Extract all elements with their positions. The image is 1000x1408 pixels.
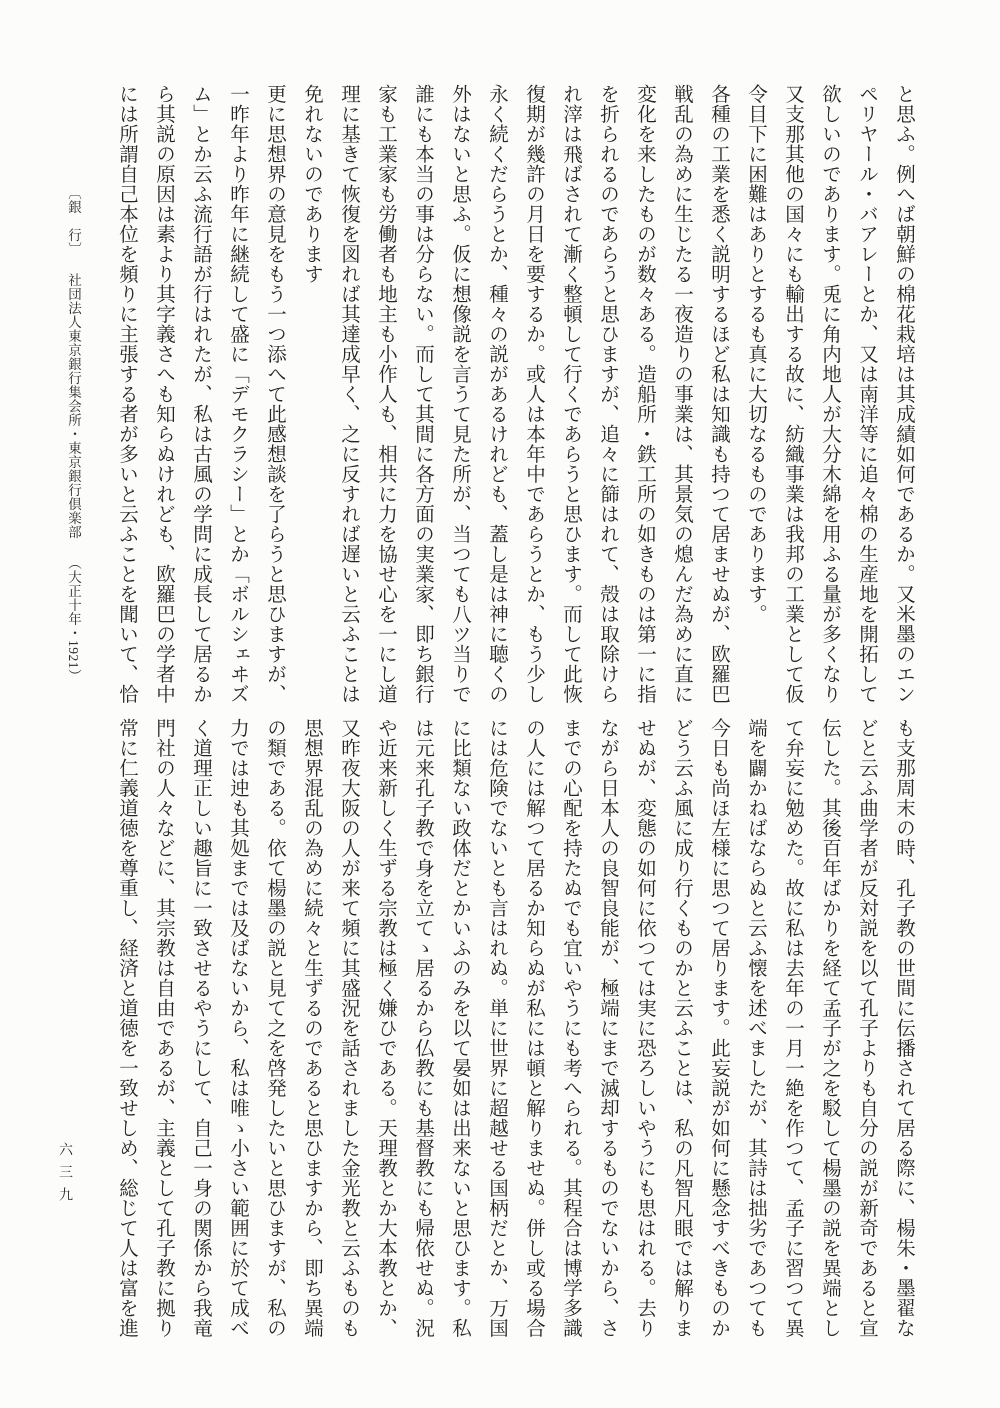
text-column: て弁妄に勉めた。故に私は去年の一月一絶を作つて、孟子に習つて異 bbox=[774, 718, 811, 1340]
book-page: と思ふ。例へば朝鮮の棉花栽培は其成績如何であるか。又米墨のエンペリヤール・バアレ… bbox=[0, 0, 1000, 1408]
text-column: 戦乱の為めに生じたる一夜造りの事業は、其景気の熄んだ為めに直に bbox=[663, 84, 700, 706]
text-column: ペリヤール・バアレーとか、又は南洋等に追々棉の生産地を開拓して bbox=[848, 84, 885, 706]
text-column: 常に仁義道徳を尊重し、経済と道徳を一致せしめ、総じて人は富を進 bbox=[108, 718, 145, 1340]
text-column: 変化を来したものが数々ある。造船所・鉄工所の如きものは第一に指 bbox=[626, 84, 663, 706]
page-number: 六三九 bbox=[54, 1142, 74, 1210]
text-column: 永く続くだらうとか、種々の説があるけれども、蓋し是は神に聴くの bbox=[478, 84, 515, 706]
text-column: 力では迚も其処までは及ばないから、私は唯ゝ小さい範囲に於て成べ bbox=[219, 718, 256, 1340]
text-column: は元来孔子教で身を立てゝ居るから仏教にも基督教にも帰依せぬ。況 bbox=[404, 718, 441, 1340]
text-column: ながら日本人の良智良能が、極端にまで滅却するものでないから、さ bbox=[589, 718, 626, 1340]
text-column: に比類ない政体だとかいふのみを以て晏如は出来ないと思ひます。私 bbox=[441, 718, 478, 1340]
text-block-top: と思ふ。例へば朝鮮の棉花栽培は其成績如何であるか。又米墨のエンペリヤール・バアレ… bbox=[106, 84, 922, 706]
text-column: く道理正しい趣旨に一致させるやうにして、自己一身の関係から我竜 bbox=[182, 718, 219, 1340]
text-column: 家も工業家も労働者も地主も小作人も、相共に力を協せ心を一にし道 bbox=[367, 84, 404, 706]
caption-date: （大正十年・1921） bbox=[66, 556, 81, 683]
text-column: 門社の人々などに、其宗教は自由であるが、主義として孔子教に拠り bbox=[145, 718, 182, 1340]
text-block-bottom: も支那周末の時、孔子教の世間に伝播されて居る際に、楊朱・墨翟などと云ふ曲学者が反… bbox=[106, 718, 922, 1340]
text-column: れ滓は飛ばされて漸く整頓して行くであらうと思ひます。而して此恢 bbox=[552, 84, 589, 706]
text-column: 免れないのであります bbox=[293, 84, 330, 706]
text-column: 令目下に困難はありとするも真に大切なるものであります。 bbox=[737, 84, 774, 706]
text-column: 外はないと思ふ。仮に想像説を言うて見た所が、当つても八ツ当りで bbox=[441, 84, 478, 706]
text-column: と思ふ。例へば朝鮮の棉花栽培は其成績如何であるか。又米墨のエン bbox=[885, 84, 922, 706]
text-column: 欲しいのであります。兎に角内地人が大分木綿を用ふる量が多くなり bbox=[811, 84, 848, 706]
text-column: 又支那其他の国々にも輸出する故に、紡織事業は我邦の工業として仮 bbox=[774, 84, 811, 706]
text-column: や近来新しく生ずる宗教は極く嫌ひである。天理教とか大本教とか、 bbox=[367, 718, 404, 1340]
text-column: 思想界混乱の為めに続々と生ずるのであると思ひますから、即ち異端 bbox=[293, 718, 330, 1340]
text-column: には所謂自己本位を頻りに主張する者が多いと云ふことを聞いて、恰 bbox=[108, 84, 145, 706]
text-column: ら其説の原因は素より其字義さへも知らぬけれども、欧羅巴の学者中 bbox=[145, 84, 182, 706]
text-column: 一昨年より昨年に継続して盛に「デモクラシー」とか「ボルシェヰズ bbox=[219, 84, 256, 706]
text-column: 又昨夜大阪の人が来て頻に其盛況を話されました金光教と云ふものも bbox=[330, 718, 367, 1340]
text-column: 誰にも本当の事は分らない。而して其間に各方面の実業家、即ち銀行 bbox=[404, 84, 441, 706]
text-column: 伝した。其後百年ばかりを経て孟子が之を駁して楊墨の説を異端とし bbox=[811, 718, 848, 1340]
text-column: どと云ふ曲学者が反対説を以て孔子よりも自分の説が新奇であると宣 bbox=[848, 718, 885, 1340]
text-column: ム」とか云ふ流行語が行はれたが、私は古風の学問に成長して居るか bbox=[182, 84, 219, 706]
text-column: 端を闢かねばならぬと云ふ懐を述べましたが、其詩は拙劣であつても bbox=[737, 718, 774, 1340]
text-column: どう云ふ風に成り行くものかと云ふことは、私の凡智凡眼では解りま bbox=[663, 718, 700, 1340]
text-column: 各種の工業を悉く説明するほど私は知識も持つて居ませぬが、欧羅巴 bbox=[700, 84, 737, 706]
text-column: も支那周末の時、孔子教の世間に伝播されて居る際に、楊朱・墨翟な bbox=[885, 718, 922, 1340]
text-column: の人には解つて居るか知らぬが私には頓と解りませぬ。併し或る場合 bbox=[515, 718, 552, 1340]
caption-source-name: 社団法人東京銀行集会所・東京銀行倶楽部 bbox=[66, 273, 81, 539]
text-column: までの心配を持たぬでも宜いやうにも考へられる。其程合は博学多識 bbox=[552, 718, 589, 1340]
source-caption: 〔銀 行〕 社団法人東京銀行集会所・東京銀行倶楽部 （大正十年・1921） bbox=[58, 186, 88, 731]
text-column: 復期が幾許の月日を要するか。或人は本年中であらうとか、もう少し bbox=[515, 84, 552, 706]
text-column: せぬが、変態の如何に依つては実に恐ろしいやうにも思はれる。去り bbox=[626, 718, 663, 1340]
text-column: の類である。依て楊墨の説と見て之を啓発したいと思ひますが、私の bbox=[256, 718, 293, 1340]
text-column: を折られるのであらうと思ひますが、追々に篩はれて、殻は取除けら bbox=[589, 84, 626, 706]
text-column: 更に思想界の意見をもう一つ添へて此感想談を了らうと思ひますが、 bbox=[256, 84, 293, 706]
text-column: 今日も尚ほ左様に思つて居ります。此妄説が如何に懸念すべきものか bbox=[700, 718, 737, 1340]
caption-category-label: 〔銀 行〕 bbox=[66, 186, 81, 256]
text-column: 理に基きて恢復を図れば其達成早く、之に反すれば遅いと云ふことは bbox=[330, 84, 367, 706]
text-column: には危険でないとも言はれぬ。単に世界に超越せる国柄だとか、万国 bbox=[478, 718, 515, 1340]
